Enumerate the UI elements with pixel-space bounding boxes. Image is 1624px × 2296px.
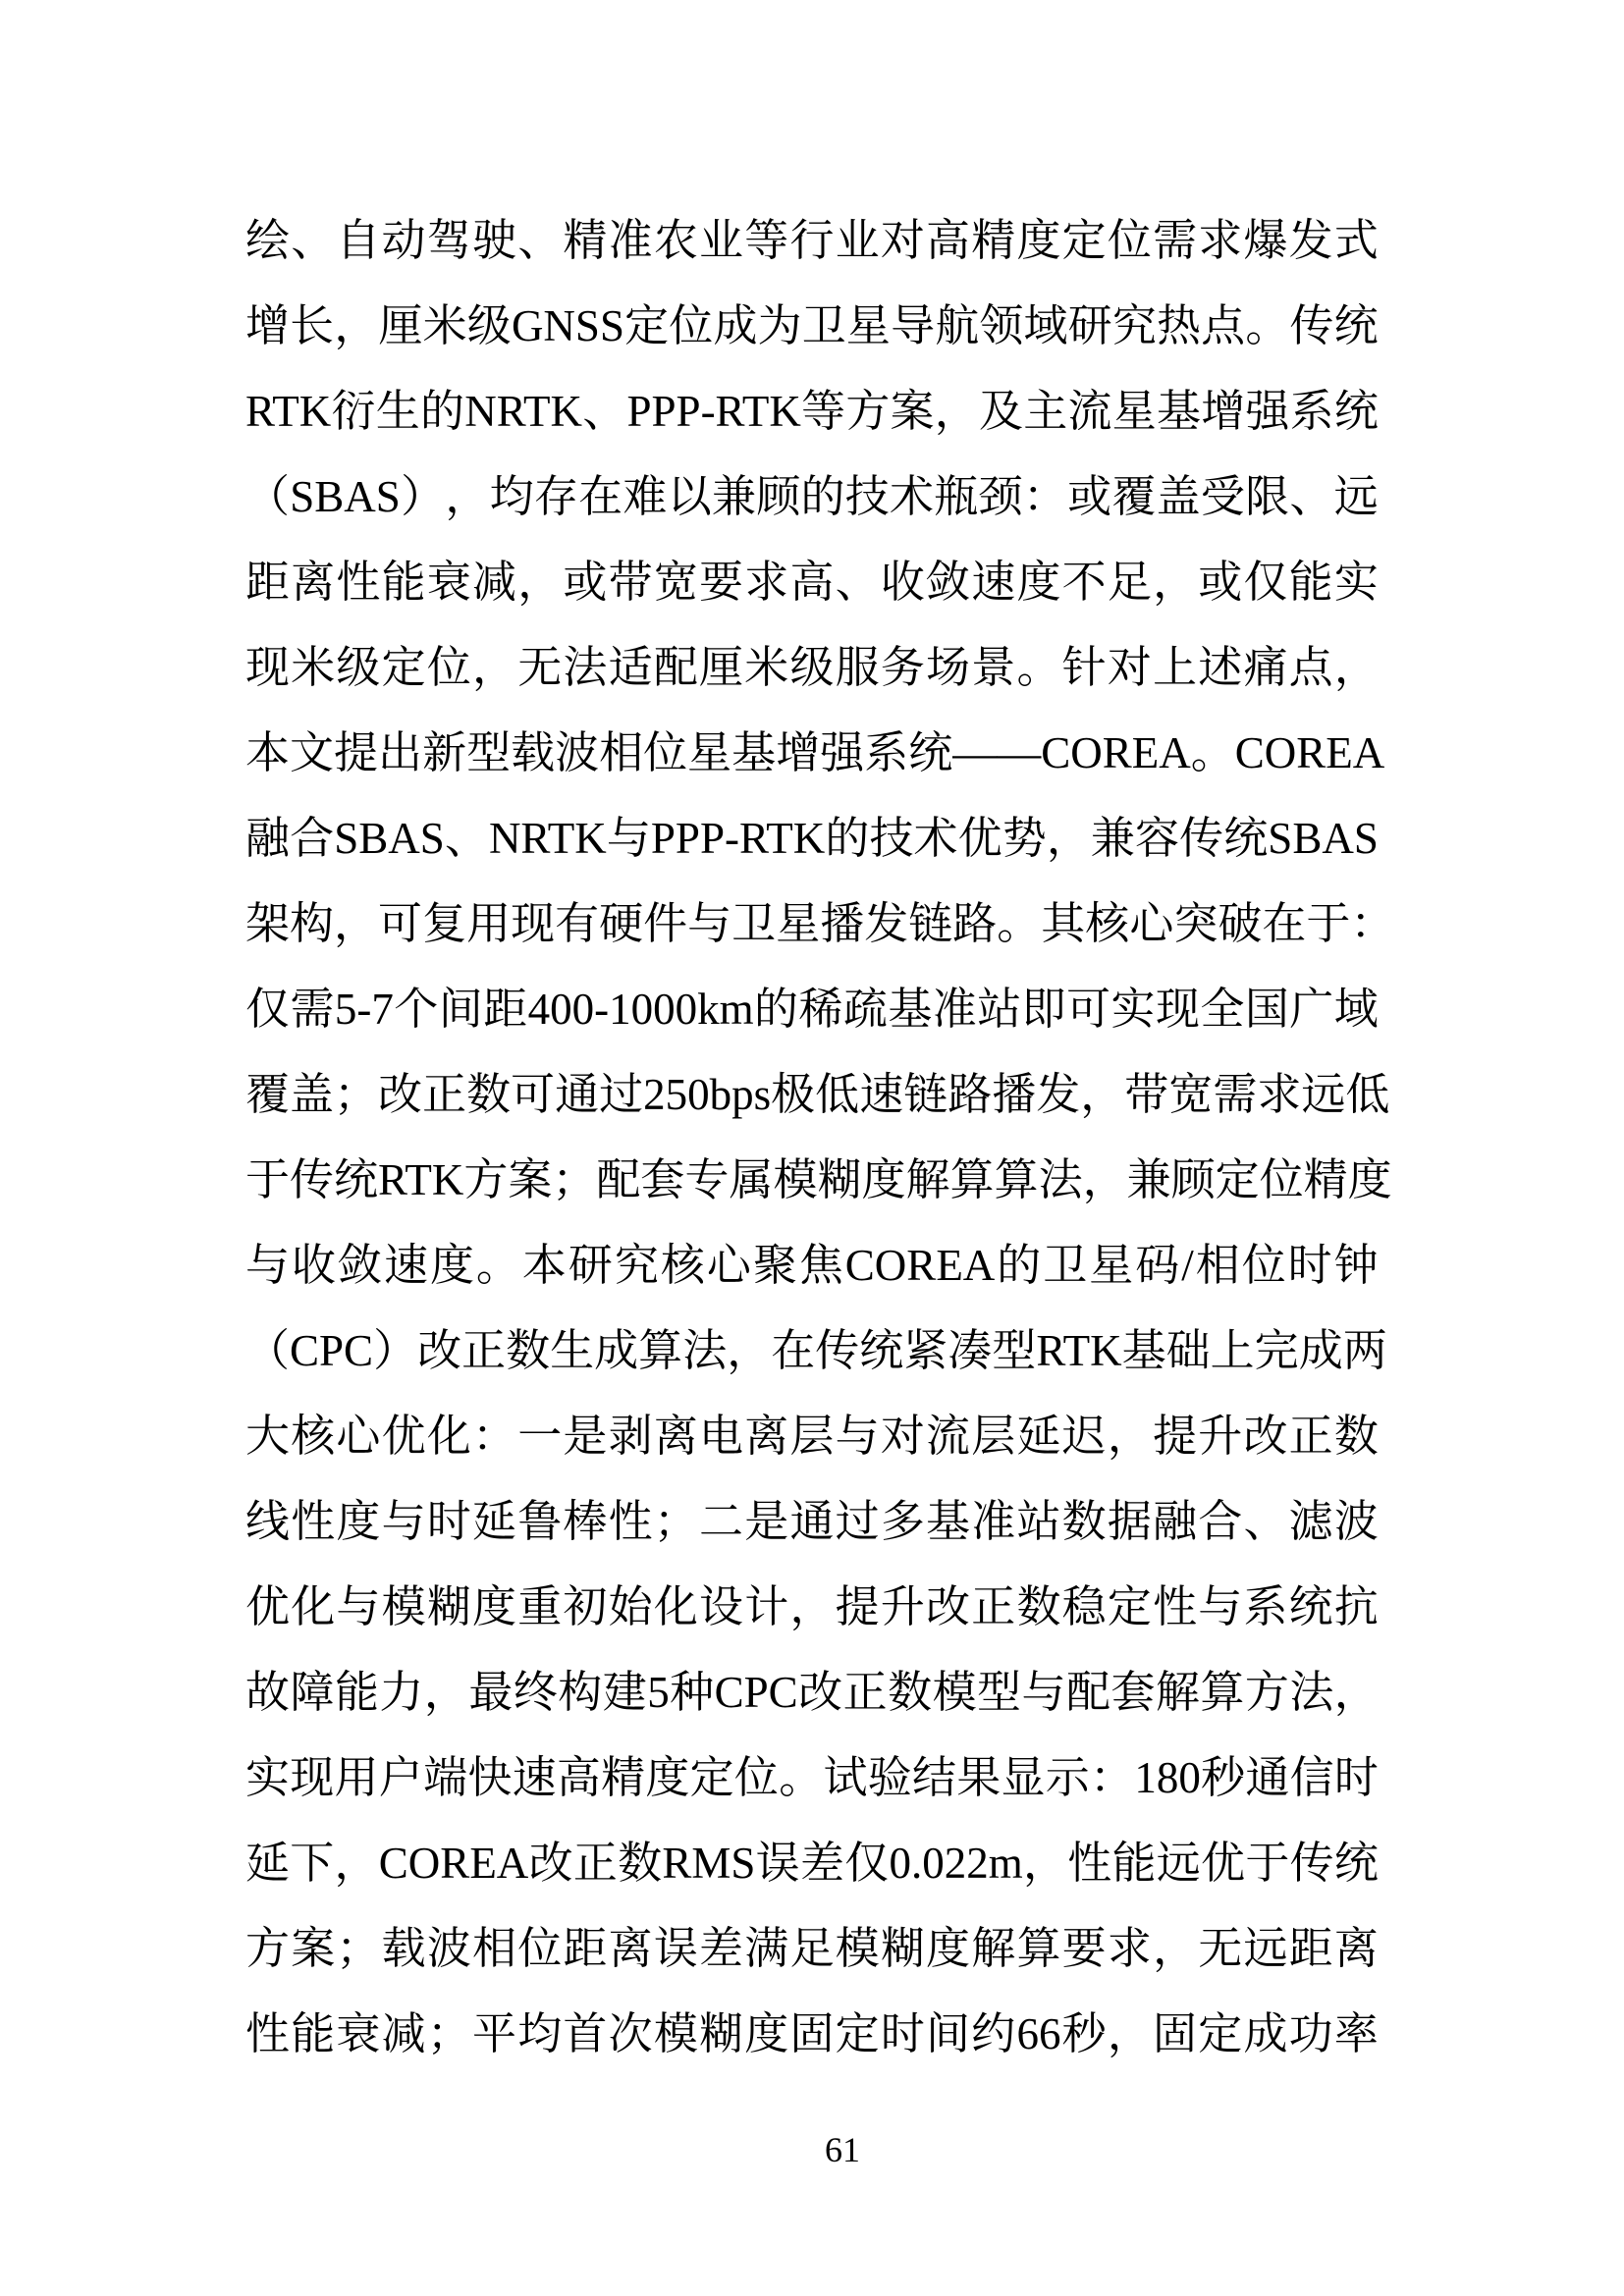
text-line: 于传统RTK方案；配套专属模糊度解算算法，兼顾定位精度: [245, 1138, 1379, 1223]
text-line: 增长，厘米级GNSS定位成为卫星导航领域研究热点。传统: [245, 284, 1379, 369]
text-line: 融合SBAS、NRTK与PPP-RTK的技术优势，兼容传统SBAS: [245, 796, 1379, 881]
text-line: 大核心优化：一是剥离电离层与对流层延迟，提升改正数: [245, 1394, 1379, 1479]
text-line: 方案；载波相位距离误差满足模糊度解算要求，无远距离: [245, 1906, 1379, 1992]
text-line: 故障能力，最终构建5种CPC改正数模型与配套解算方法，: [245, 1650, 1379, 1735]
text-line: RTK衍生的NRTK、PPP-RTK等方案，及主流星基增强系统: [245, 369, 1379, 454]
text-line: 架构，可复用现有硬件与卫星播发链路。其核心突破在于：: [245, 881, 1379, 967]
text-line: 性能衰减；平均首次模糊度固定时间约66秒，固定成功率: [245, 1992, 1379, 2077]
body-text: 绘、自动驾驶、精准农业等行业对高精度定位需求爆发式增长，厘米级GNSS定位成为卫…: [245, 198, 1379, 2077]
text-line: 延下，COREA改正数RMS误差仅0.022m，性能远优于传统: [245, 1821, 1379, 1906]
text-line: 仅需5-7个间距400-1000km的稀疏基准站即可实现全国广域: [245, 967, 1379, 1052]
text-line: 与收敛速度。本研究核心聚焦COREA的卫星码/相位时钟: [245, 1223, 1379, 1308]
text-line: 距离性能衰减，或带宽要求高、收敛速度不足，或仅能实: [245, 540, 1379, 625]
text-line: 实现用户端快速高精度定位。试验结果显示：180秒通信时: [245, 1735, 1379, 1821]
text-line: 优化与模糊度重初始化设计，提升改正数稳定性与系统抗: [245, 1565, 1379, 1650]
page-number: 61: [825, 2130, 860, 2169]
text-line: （SBAS），均存在难以兼顾的技术瓶颈：或覆盖受限、远: [245, 454, 1379, 540]
text-line: 现米级定位，无法适配厘米级服务场景。针对上述痛点，: [245, 625, 1379, 711]
text-line: 线性度与时延鲁棒性；二是通过多基准站数据融合、滤波: [245, 1479, 1379, 1565]
text-line: 覆盖；改正数可通过250bps极低速链路播发，带宽需求远低: [245, 1052, 1379, 1138]
text-line: （CPC）改正数生成算法，在传统紧凑型RTK基础上完成两: [245, 1308, 1379, 1394]
text-line: 绘、自动驾驶、精准农业等行业对高精度定位需求爆发式: [245, 198, 1379, 284]
document-page: 绘、自动驾驶、精准农业等行业对高精度定位需求爆发式增长，厘米级GNSS定位成为卫…: [0, 0, 1624, 2296]
text-line: 本文提出新型载波相位星基增强系统——COREA。COREA: [245, 711, 1379, 796]
